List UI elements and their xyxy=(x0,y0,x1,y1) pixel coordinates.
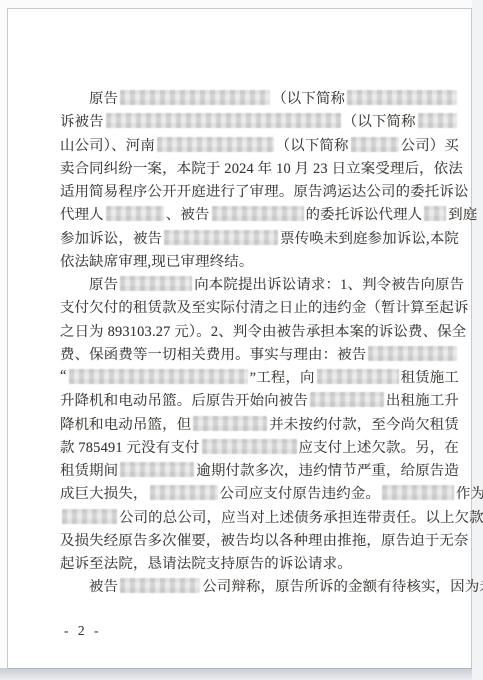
text-line: 费、保函费等一切相关费用。事实与理由：被告 xyxy=(60,342,459,365)
text-segment: “ xyxy=(60,368,67,385)
redacted-text xyxy=(424,206,446,221)
text-line: 起诉至法院，恳请法院支持原告的诉讼请求。 xyxy=(60,551,459,574)
redacted-text xyxy=(157,137,274,152)
text-segment: 参加诉讼，被告 xyxy=(60,227,162,248)
text-segment: 公司的总公司，应当对上述债务承担连带责任。以上欠款 xyxy=(119,506,483,527)
redacted-text xyxy=(120,462,194,477)
redacted-text xyxy=(106,113,341,128)
text-line: 成巨大损失，公司应支付原告违约金。作为 xyxy=(60,481,459,504)
text-block: 原告（以下简称诉被告（以下简称山公司）、河南（以下简称公司）买卖合同纠纷一案，本… xyxy=(60,86,459,598)
redacted-text xyxy=(62,509,117,524)
text-line: 之日为 893103.27 元）。2、判令由被告承担本案的诉讼费、保全 xyxy=(60,319,459,342)
text-segment: 升降机和电动吊篮。后原告开始向被告 xyxy=(60,389,308,410)
text-segment: 、被告 xyxy=(166,203,210,224)
text-segment: 原告 xyxy=(89,273,118,294)
text-segment: 降机和电动吊篮，但 xyxy=(60,413,191,434)
text-line: 支付欠付的租赁款及至实际付清之日止的违约金（暂计算至起诉 xyxy=(60,295,459,318)
text-line: 原告向本院提出诉讼请求：1、判令被告向原告 xyxy=(60,272,459,295)
redacted-text xyxy=(202,439,297,454)
text-segment: 公司应支付原告违约金。 xyxy=(220,482,381,503)
text-line: 代理人、被告的委托诉讼代理人到庭 xyxy=(60,202,459,225)
text-segment: 山公司）、河南 xyxy=(60,134,155,155)
text-segment: 之日为 893103.27 元）。2、判令由被告承担本案的诉讼费、保全 xyxy=(60,320,466,341)
redacted-text xyxy=(368,346,457,361)
text-segment: 公司）买 xyxy=(401,134,459,155)
text-line: 被告公司辩称，原告所诉的金额有待核实，因为未 xyxy=(60,574,459,597)
text-segment: 租赁施工 xyxy=(401,366,459,387)
text-line: 诉被告（以下简称 xyxy=(60,109,459,132)
text-segment: 卖合同纠纷一案，本院于 2024 年 10 月 23 日立案受理后，依法 xyxy=(60,157,463,178)
redacted-text xyxy=(120,276,192,291)
text-segment: 公司辩称，原告所诉的金额有待核实，因为未 xyxy=(202,575,483,596)
text-segment: （以下简称 xyxy=(343,110,416,131)
redacted-text xyxy=(317,369,399,384)
text-line: 参加诉讼，被告票传唤未到庭参加诉讼,本院 xyxy=(60,226,459,249)
text-segment: 被告 xyxy=(89,575,118,596)
redacted-text xyxy=(120,90,270,105)
text-segment: 及损失经原告多次催要，被告均以各种理由推拖，原告迫于无奈 xyxy=(60,529,469,550)
text-line: 山公司）、河南（以下简称公司）买 xyxy=(60,133,459,156)
redacted-text xyxy=(382,485,454,500)
text-segment: 向本院提出诉讼请求：1、判令被告向原告 xyxy=(194,273,464,294)
text-line: 及损失经原告多次催要，被告均以各种理由推拖，原告迫于无奈 xyxy=(60,528,459,551)
text-line: 卖合同纠纷一案，本院于 2024 年 10 月 23 日立案受理后，依法 xyxy=(60,156,459,179)
text-segment: （以下简称 xyxy=(276,134,349,155)
text-segment: （以下简称 xyxy=(272,87,345,108)
text-line: 租赁期间逾期付款多次，违约情节严重，给原告造 xyxy=(60,458,459,481)
text-line: 公司的总公司，应当对上述债务承担连带责任。以上欠款 xyxy=(60,505,459,528)
text-segment: 起诉至法院，恳请法院支持原告的诉讼请求。 xyxy=(60,552,352,573)
text-segment: 原告 xyxy=(89,87,118,108)
text-segment: 费、保函费等一切相关费用。事实与理由：被告 xyxy=(60,343,366,364)
redacted-text xyxy=(164,230,278,245)
text-segment: 依法缺席审理,现已审理终结。 xyxy=(60,250,253,271)
text-line: 升降机和电动吊篮。后原告开始向被告出租施工升 xyxy=(60,388,459,411)
text-segment: 到庭 xyxy=(448,203,477,224)
redacted-text xyxy=(193,416,267,431)
text-line: “”工程，向租赁施工 xyxy=(60,365,459,388)
page-number: - 2 - xyxy=(64,623,102,639)
text-segment: 支付欠付的租赁款及至实际付清之日止的违约金（暂计算至起诉 xyxy=(60,296,469,317)
text-segment: 款 785491 元没有支付 xyxy=(60,436,200,457)
redacted-text xyxy=(150,485,218,500)
text-segment: 逾期付款多次，违约情节严重，给原告造 xyxy=(196,459,459,480)
text-line: 适用简易程序公开开庭进行了审理。原告鸿运达公司的委托诉讼 xyxy=(60,179,459,202)
redacted-text xyxy=(69,369,248,384)
text-line: 降机和电动吊篮，但并未按约付款，至今尚欠租赁 xyxy=(60,412,459,435)
redacted-text xyxy=(347,90,457,105)
text-segment: 租赁期间 xyxy=(60,459,118,480)
text-segment: ”工程，向 xyxy=(250,366,315,387)
redacted-text xyxy=(351,137,399,152)
text-segment: 诉被告 xyxy=(60,110,104,131)
redacted-text xyxy=(310,392,384,407)
text-segment: 作为 xyxy=(456,482,483,503)
text-segment: 应支付上述欠款。另，在 xyxy=(299,436,460,457)
text-segment: 票传唤未到庭参加诉讼,本院 xyxy=(280,227,459,248)
text-segment: 出租施工升 xyxy=(386,389,459,410)
redacted-text xyxy=(120,578,200,593)
text-segment: 适用简易程序公开开庭进行了审理。原告鸿运达公司的委托诉讼 xyxy=(60,180,469,201)
text-line: 依法缺席审理,现已审理终结。 xyxy=(60,249,459,272)
text-segment: 成巨大损失， xyxy=(60,482,148,503)
document-page: 原告（以下简称诉被告（以下简称山公司）、河南（以下简称公司）买卖合同纠纷一案，本… xyxy=(7,8,472,669)
redacted-text xyxy=(418,113,457,128)
redacted-text xyxy=(106,206,164,221)
desk-background xyxy=(0,668,483,680)
text-line: 原告（以下简称 xyxy=(60,86,459,109)
text-segment: 代理人 xyxy=(60,203,104,224)
text-line: 款 785491 元没有支付应支付上述欠款。另，在 xyxy=(60,435,459,458)
text-segment: 的委托诉讼代理人 xyxy=(306,203,423,224)
redacted-text xyxy=(212,206,304,221)
text-segment: 并未按约付款，至今尚欠租赁 xyxy=(269,413,459,434)
